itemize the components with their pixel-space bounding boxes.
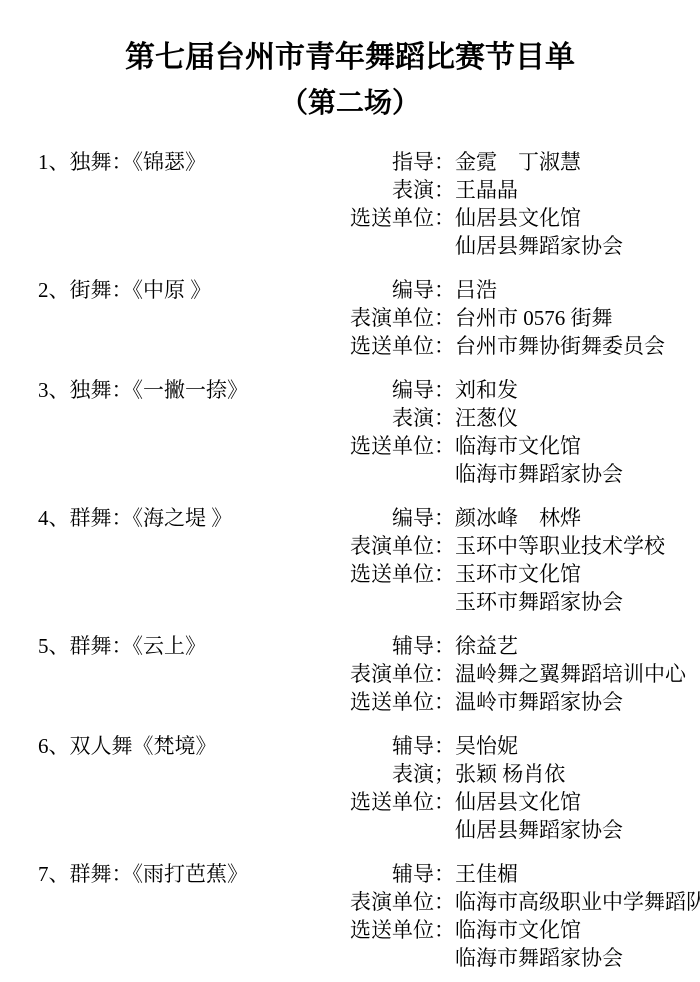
detail-value: 临海市高级职业中学舞蹈队 bbox=[455, 888, 700, 916]
detail-label bbox=[330, 232, 455, 260]
detail-value: 金霓 丁淑慧 bbox=[455, 148, 581, 176]
detail-label: 表演： bbox=[330, 176, 455, 204]
document-title: 第七届台州市青年舞蹈比赛节目单 bbox=[38, 38, 662, 78]
detail-line: 选送单位：温岭市舞蹈家协会 bbox=[330, 688, 686, 716]
detail-line: 编导：颜冰峰 林烨 bbox=[330, 504, 682, 532]
item-details: 编导：刘和发表演：汪葱仪选送单位：临海市文化馆临海市舞蹈家协会 bbox=[330, 376, 682, 488]
document-subtitle: （第二场） bbox=[38, 84, 662, 122]
program-item: 5、群舞：《云上》辅导：徐益艺表演单位：温岭舞之翼舞蹈培训中心选送单位：温岭市舞… bbox=[38, 632, 682, 716]
program-list: 1、独舞：《锦瑟》指导：金霓 丁淑慧表演：王晶晶选送单位：仙居县文化馆仙居县舞蹈… bbox=[38, 148, 682, 972]
item-heading: 6、双人舞《梵境》 bbox=[38, 732, 330, 844]
detail-label: 选送单位： bbox=[330, 204, 455, 232]
detail-value: 玉环市舞蹈家协会 bbox=[455, 588, 623, 616]
detail-label: 选送单位： bbox=[330, 432, 455, 460]
detail-label: 选送单位： bbox=[330, 916, 455, 944]
program-item: 3、独舞：《一撇一捺》编导：刘和发表演：汪葱仪选送单位：临海市文化馆临海市舞蹈家… bbox=[38, 376, 682, 488]
program-item: 2、街舞：《中原 》编导：吕浩表演单位：台州市 0576 街舞选送单位：台州市舞… bbox=[38, 276, 682, 360]
item-details: 编导：颜冰峰 林烨表演单位：玉环中等职业技术学校选送单位：玉环市文化馆玉环市舞蹈… bbox=[330, 504, 682, 616]
detail-line: 指导：金霓 丁淑慧 bbox=[330, 148, 682, 176]
detail-label: 辅导： bbox=[330, 860, 455, 888]
detail-line: 选送单位：仙居县文化馆 bbox=[330, 204, 682, 232]
detail-label: 辅导： bbox=[330, 632, 455, 660]
detail-line: 辅导：徐益艺 bbox=[330, 632, 686, 660]
item-heading: 1、独舞：《锦瑟》 bbox=[38, 148, 330, 260]
detail-label: 表演单位： bbox=[330, 888, 455, 916]
detail-line: 临海市舞蹈家协会 bbox=[330, 944, 700, 972]
detail-label: 编导： bbox=[330, 376, 455, 404]
item-details: 辅导：吴怡妮表演；张颖 杨肖依选送单位：仙居县文化馆仙居县舞蹈家协会 bbox=[330, 732, 682, 844]
detail-value: 台州市 0576 街舞 bbox=[455, 304, 613, 332]
item-details: 编导：吕浩表演单位：台州市 0576 街舞选送单位：台州市舞协街舞委员会 bbox=[330, 276, 682, 360]
detail-label: 表演； bbox=[330, 760, 455, 788]
detail-value: 汪葱仪 bbox=[455, 404, 518, 432]
item-heading: 4、群舞：《海之堤 》 bbox=[38, 504, 330, 616]
detail-value: 仙居县舞蹈家协会 bbox=[455, 816, 623, 844]
detail-value: 玉环中等职业技术学校 bbox=[455, 532, 665, 560]
detail-value: 温岭舞之翼舞蹈培训中心 bbox=[455, 660, 686, 688]
detail-line: 玉环市舞蹈家协会 bbox=[330, 588, 682, 616]
detail-line: 编导：刘和发 bbox=[330, 376, 682, 404]
detail-line: 表演：王晶晶 bbox=[330, 176, 682, 204]
detail-line: 选送单位：台州市舞协街舞委员会 bbox=[330, 332, 682, 360]
detail-value: 临海市文化馆 bbox=[455, 916, 581, 944]
item-heading: 2、街舞：《中原 》 bbox=[38, 276, 330, 360]
detail-label: 选送单位： bbox=[330, 788, 455, 816]
detail-value: 仙居县舞蹈家协会 bbox=[455, 232, 623, 260]
detail-label: 选送单位： bbox=[330, 560, 455, 588]
detail-value: 临海市舞蹈家协会 bbox=[455, 944, 623, 972]
detail-label bbox=[330, 588, 455, 616]
detail-value: 颜冰峰 林烨 bbox=[455, 504, 581, 532]
detail-line: 选送单位：临海市文化馆 bbox=[330, 432, 682, 460]
detail-value: 王佳楣 bbox=[455, 860, 518, 888]
detail-line: 表演单位：临海市高级职业中学舞蹈队 bbox=[330, 888, 700, 916]
detail-line: 表演；张颖 杨肖依 bbox=[330, 760, 682, 788]
item-heading: 3、独舞：《一撇一捺》 bbox=[38, 376, 330, 488]
detail-value: 吕浩 bbox=[455, 276, 497, 304]
program-item: 6、双人舞《梵境》辅导：吴怡妮表演；张颖 杨肖依选送单位：仙居县文化馆仙居县舞蹈… bbox=[38, 732, 682, 844]
detail-label: 辅导： bbox=[330, 732, 455, 760]
detail-value: 温岭市舞蹈家协会 bbox=[455, 688, 623, 716]
detail-value: 仙居县文化馆 bbox=[455, 788, 581, 816]
detail-line: 临海市舞蹈家协会 bbox=[330, 460, 682, 488]
detail-label: 选送单位： bbox=[330, 688, 455, 716]
detail-line: 选送单位：玉环市文化馆 bbox=[330, 560, 682, 588]
detail-line: 编导：吕浩 bbox=[330, 276, 682, 304]
document-page: 第七届台州市青年舞蹈比赛节目单 （第二场） 1、独舞：《锦瑟》指导：金霓 丁淑慧… bbox=[0, 0, 700, 982]
detail-line: 选送单位：临海市文化馆 bbox=[330, 916, 700, 944]
detail-label: 编导： bbox=[330, 504, 455, 532]
item-details: 辅导：王佳楣表演单位：临海市高级职业中学舞蹈队选送单位：临海市文化馆临海市舞蹈家… bbox=[330, 860, 700, 972]
item-heading: 5、群舞：《云上》 bbox=[38, 632, 330, 716]
detail-label: 表演单位： bbox=[330, 304, 455, 332]
detail-line: 表演单位：温岭舞之翼舞蹈培训中心 bbox=[330, 660, 686, 688]
detail-value: 临海市文化馆 bbox=[455, 432, 581, 460]
item-details: 指导：金霓 丁淑慧表演：王晶晶选送单位：仙居县文化馆仙居县舞蹈家协会 bbox=[330, 148, 682, 260]
detail-value: 张颖 杨肖依 bbox=[455, 760, 565, 788]
detail-label: 表演： bbox=[330, 404, 455, 432]
detail-label: 指导： bbox=[330, 148, 455, 176]
detail-label: 表演单位： bbox=[330, 660, 455, 688]
item-heading: 7、群舞：《雨打芭蕉》 bbox=[38, 860, 330, 972]
detail-label bbox=[330, 460, 455, 488]
detail-line: 表演单位：台州市 0576 街舞 bbox=[330, 304, 682, 332]
detail-label: 表演单位： bbox=[330, 532, 455, 560]
detail-value: 台州市舞协街舞委员会 bbox=[455, 332, 665, 360]
detail-line: 仙居县舞蹈家协会 bbox=[330, 816, 682, 844]
detail-value: 徐益艺 bbox=[455, 632, 518, 660]
detail-line: 选送单位：仙居县文化馆 bbox=[330, 788, 682, 816]
detail-line: 辅导：王佳楣 bbox=[330, 860, 700, 888]
program-item: 7、群舞：《雨打芭蕉》辅导：王佳楣表演单位：临海市高级职业中学舞蹈队选送单位：临… bbox=[38, 860, 682, 972]
item-details: 辅导：徐益艺表演单位：温岭舞之翼舞蹈培训中心选送单位：温岭市舞蹈家协会 bbox=[330, 632, 686, 716]
detail-label bbox=[330, 816, 455, 844]
detail-line: 辅导：吴怡妮 bbox=[330, 732, 682, 760]
program-item: 4、群舞：《海之堤 》编导：颜冰峰 林烨表演单位：玉环中等职业技术学校选送单位：… bbox=[38, 504, 682, 616]
detail-value: 刘和发 bbox=[455, 376, 518, 404]
detail-label: 选送单位： bbox=[330, 332, 455, 360]
detail-label: 编导： bbox=[330, 276, 455, 304]
detail-value: 吴怡妮 bbox=[455, 732, 518, 760]
detail-label bbox=[330, 944, 455, 972]
program-item: 1、独舞：《锦瑟》指导：金霓 丁淑慧表演：王晶晶选送单位：仙居县文化馆仙居县舞蹈… bbox=[38, 148, 682, 260]
detail-line: 仙居县舞蹈家协会 bbox=[330, 232, 682, 260]
detail-value: 玉环市文化馆 bbox=[455, 560, 581, 588]
detail-line: 表演：汪葱仪 bbox=[330, 404, 682, 432]
detail-value: 临海市舞蹈家协会 bbox=[455, 460, 623, 488]
detail-value: 仙居县文化馆 bbox=[455, 204, 581, 232]
detail-line: 表演单位：玉环中等职业技术学校 bbox=[330, 532, 682, 560]
detail-value: 王晶晶 bbox=[455, 176, 518, 204]
